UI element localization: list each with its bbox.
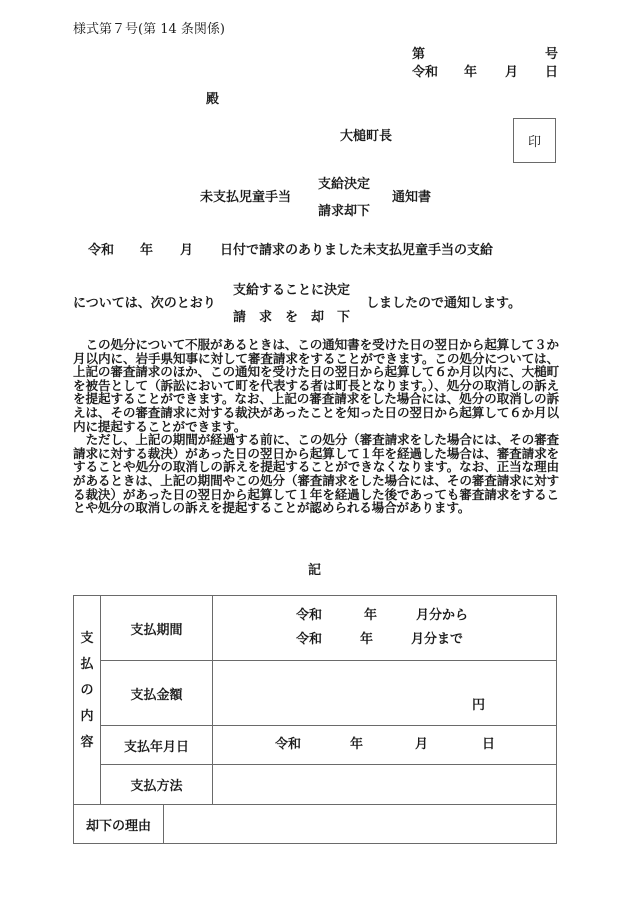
- intro-line2-prefix: については、次のとおり: [73, 296, 216, 312]
- doc-number-suffix: 号: [545, 47, 558, 63]
- group-label-char: 容: [74, 730, 100, 756]
- amount-unit: 円: [472, 698, 485, 714]
- period-to-month: 月分まで: [411, 632, 463, 648]
- ki-label: 記: [308, 563, 321, 579]
- group-label-char: 内: [74, 704, 100, 730]
- appeal-notice-paragraph: ただし、上記の期間が経過する前に、この処分（審査請求をした場合には、その審査請求…: [73, 433, 559, 515]
- appeal-notice-paragraph: この処分について不服があるときは、この通知書を受けた日の翌日から起算して３か月以…: [73, 338, 559, 433]
- payment-date-label: 支払年月日: [101, 726, 212, 764]
- intro-option-decision: 支給することに決定: [233, 283, 350, 299]
- intro-option-rejection: 請 求 を 却 下: [233, 310, 350, 326]
- payment-method-label: 支払方法: [101, 765, 212, 804]
- period-to-era: 令和: [296, 632, 322, 648]
- payment-date-month: 月: [415, 737, 428, 753]
- intro-era: 令和: [88, 243, 114, 259]
- intro-rest: 日付で請求のありました未支払児童手当の支給: [220, 243, 493, 259]
- form-number: 様式第７号(第 14 条関係): [73, 22, 225, 38]
- group-label-char: 払: [74, 652, 100, 678]
- date-year: 年: [464, 65, 477, 81]
- payment-contents-label: 支 払 の 内 容: [74, 626, 100, 756]
- seal-label: 印: [528, 131, 541, 150]
- title-prefix: 未支払児童手当: [200, 190, 291, 206]
- title-option-decision: 支給決定: [318, 177, 370, 193]
- amount-label: 支払金額: [101, 661, 212, 725]
- seal-box: 印: [513, 118, 556, 163]
- period-from-month: 月分から: [416, 608, 468, 624]
- intro-month: 月: [180, 243, 193, 259]
- date-month: 月: [505, 65, 518, 81]
- appeal-notice: この処分について不服があるときは、この通知書を受けた日の翌日から起算して３か月以…: [73, 338, 559, 515]
- doc-number-prefix: 第: [412, 47, 425, 63]
- rejection-reason-label: 却下の理由: [74, 805, 163, 844]
- title-option-rejection: 請求却下: [318, 204, 370, 220]
- payment-date-day: 日: [482, 737, 495, 753]
- payment-date-year: 年: [350, 737, 363, 753]
- issuer: 大槌町長: [340, 129, 392, 145]
- date-day: 日: [545, 65, 558, 81]
- group-label-char: の: [74, 678, 100, 704]
- payment-details-table: 支 払 の 内 容 支払期間 令和 年 月分から 令和 年 月分まで 支払金額 …: [73, 595, 557, 844]
- period-label: 支払期間: [101, 596, 212, 660]
- intro-year: 年: [140, 243, 153, 259]
- rejection-reason-field[interactable]: [164, 805, 557, 844]
- group-label-char: 支: [74, 626, 100, 652]
- payment-date-era: 令和: [275, 737, 301, 753]
- date-era: 令和: [412, 65, 438, 81]
- intro-line2-suffix: しましたので通知します。: [366, 296, 521, 312]
- period-from-era: 令和: [296, 608, 322, 624]
- period-from-year: 年: [364, 608, 377, 624]
- amount-field[interactable]: [213, 661, 557, 725]
- period-to-year: 年: [360, 632, 373, 648]
- payment-method-field[interactable]: [213, 765, 557, 804]
- addressee-suffix: 殿: [206, 92, 219, 108]
- title-suffix: 通知書: [392, 190, 431, 206]
